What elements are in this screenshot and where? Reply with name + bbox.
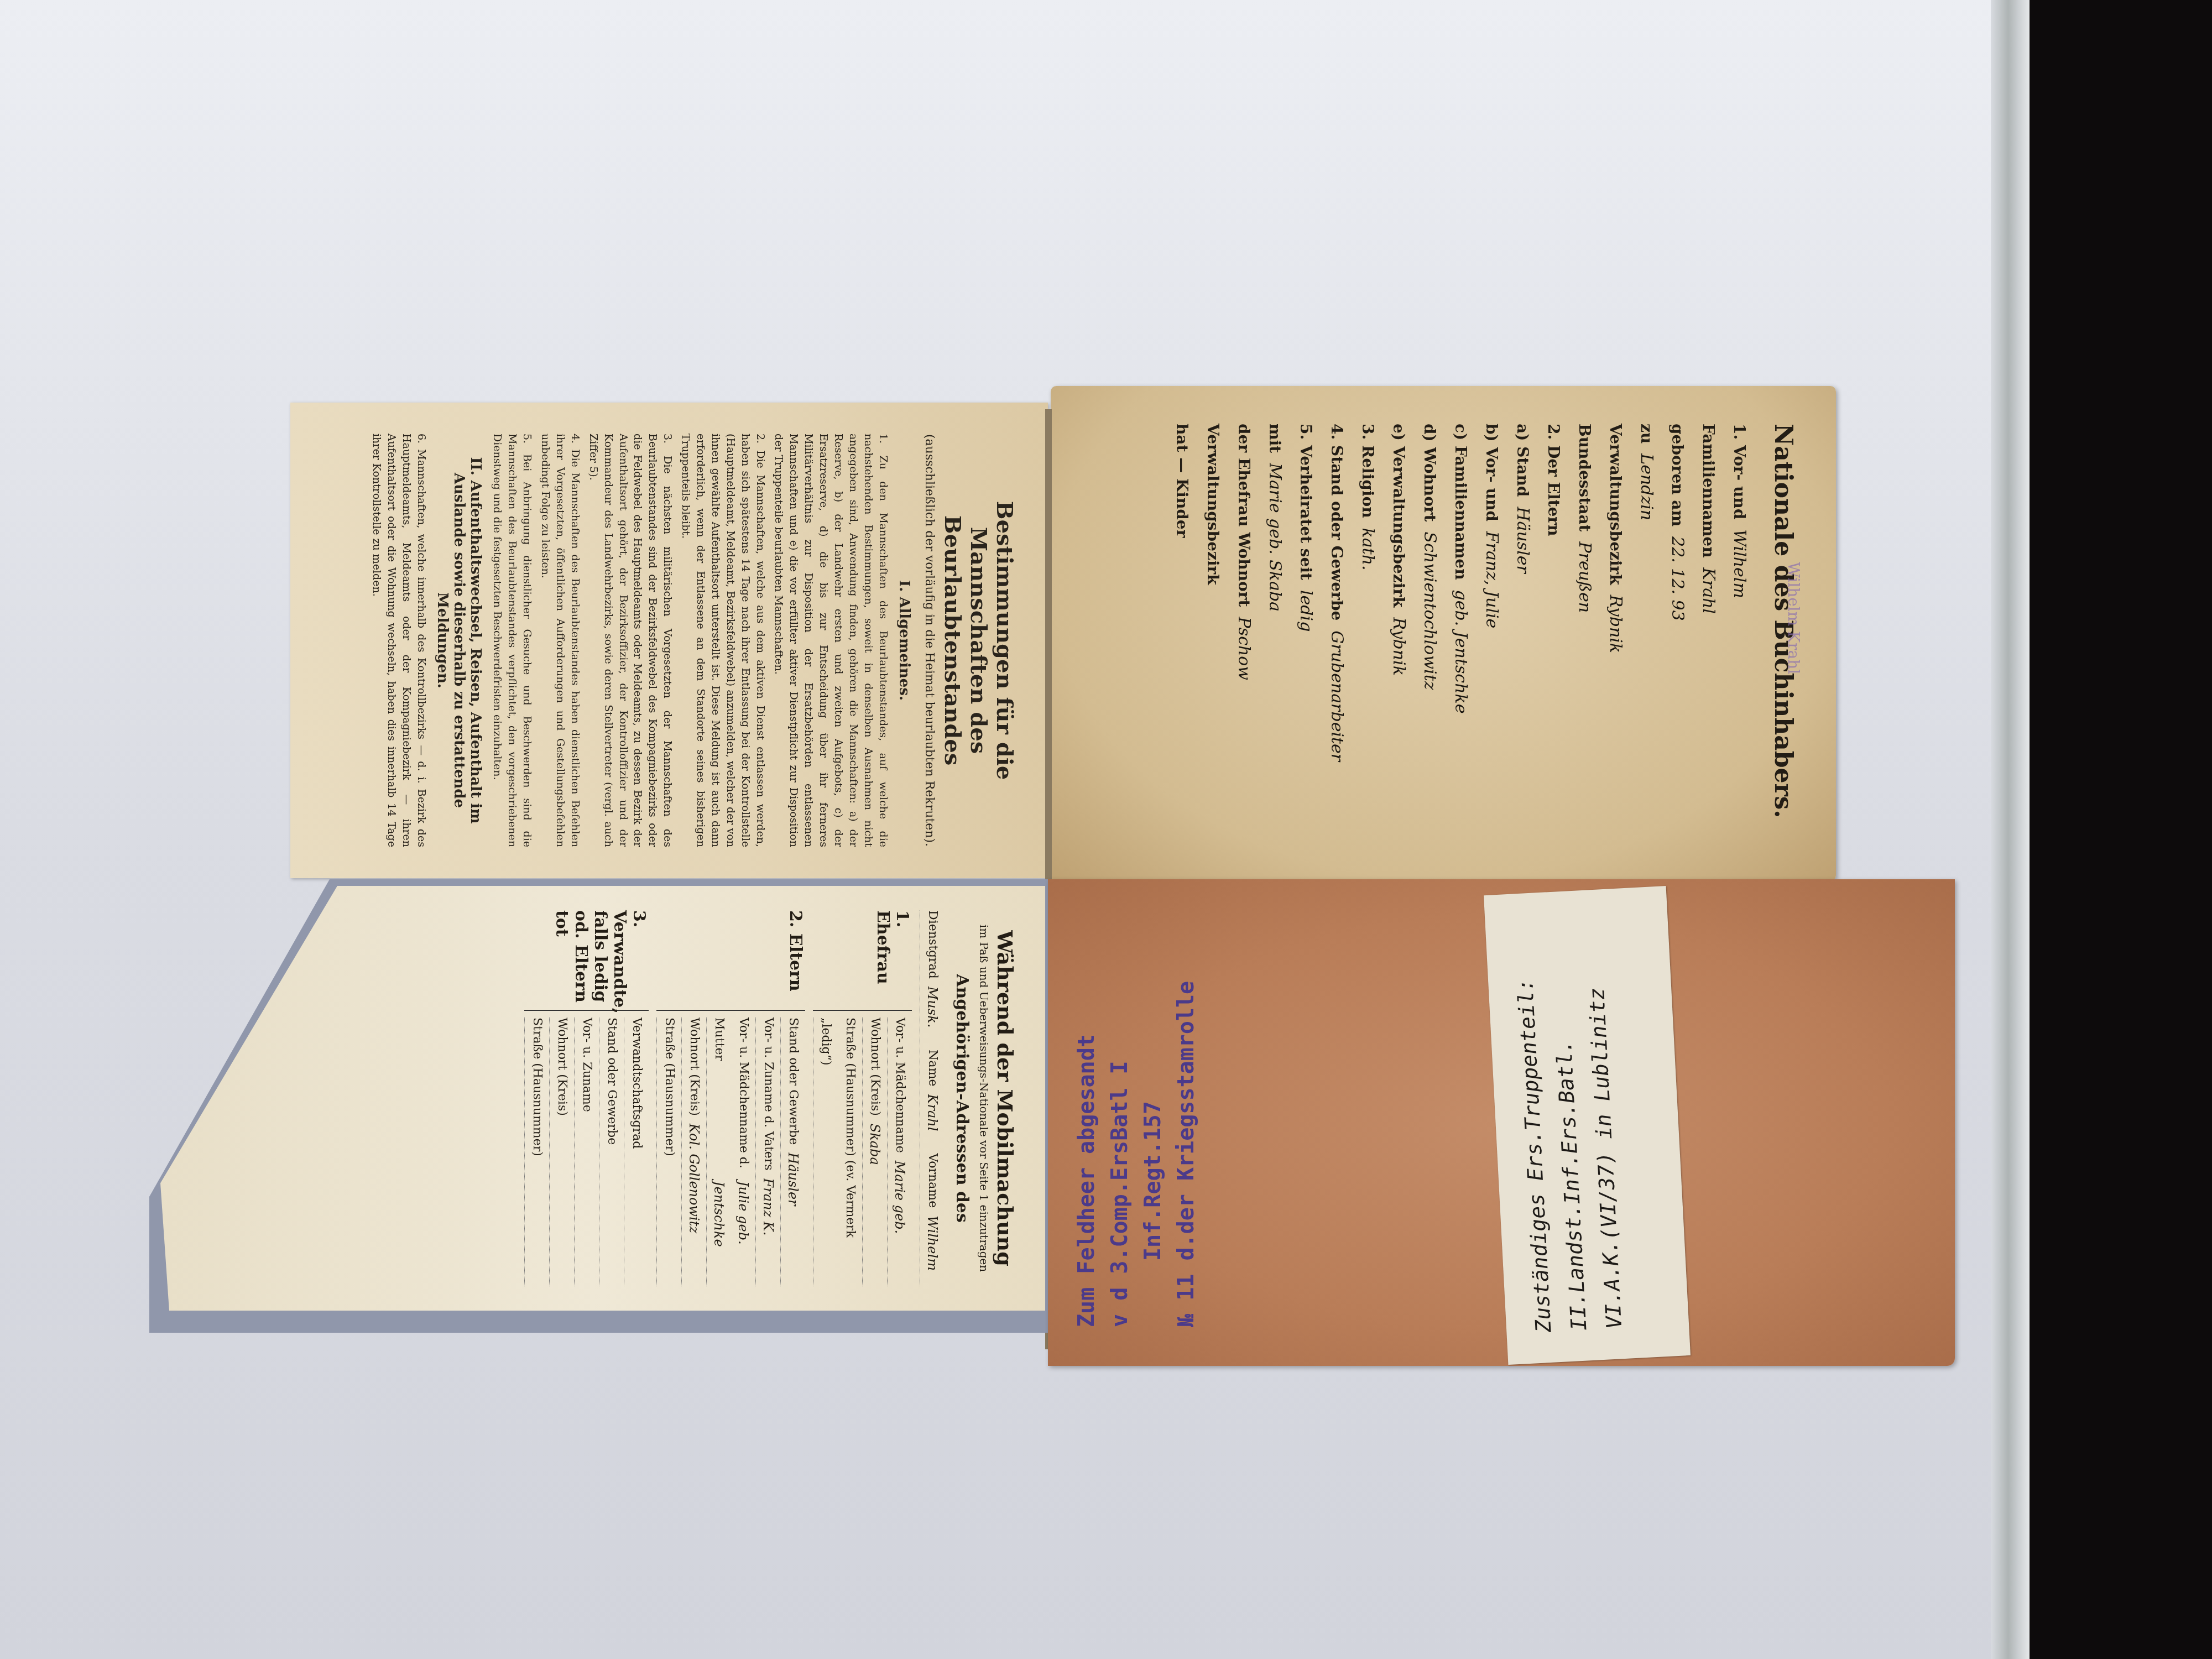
field-value: kath. bbox=[1352, 528, 1383, 843]
form-field-label: Vor- u. Mädchenname d. Mutter bbox=[707, 1018, 755, 1173]
form-field-label: Straße (Hausnummer) bbox=[657, 1018, 681, 1156]
field-label: 4. Stand oder Gewerbe bbox=[1321, 424, 1352, 620]
header-field-value: Wilhelm bbox=[920, 1215, 945, 1271]
field-label: b) Vor- und bbox=[1476, 424, 1507, 521]
regulations-section-1: I. Allgemeines. bbox=[896, 434, 912, 847]
header-field-value: Musk. bbox=[920, 987, 945, 1028]
form-field: Straße (Hausnummer) bbox=[524, 1018, 549, 1286]
field-value: Rybnik bbox=[1383, 617, 1414, 844]
regulations-paragraph: 6. Mannschaften, welche innerhalb des Ko… bbox=[369, 434, 429, 847]
form-field: Vor- u. Zuname bbox=[574, 1018, 599, 1286]
group-eltern: 2. Eltern Stand oder GewerbeHäusler Vor-… bbox=[656, 910, 805, 1286]
header-field-label: Vorname bbox=[920, 1153, 945, 1208]
field-label: a) Stand bbox=[1507, 424, 1538, 497]
cover-page: Zum Feldheer abgesandt v d 3.Comp.ErsBat… bbox=[1048, 879, 1955, 1366]
field-value: Franz, Julie bbox=[1476, 531, 1507, 843]
field-row: a) StandHäusler bbox=[1507, 424, 1538, 844]
pasted-label: Zuständiges Ers.Truppenteil: II.Landst.I… bbox=[1484, 886, 1691, 1365]
form-field: Straße (Hausnummer) bbox=[656, 1018, 681, 1286]
field-value: Marie geb. Skaba bbox=[1259, 463, 1290, 844]
form-field-label: Stand oder Gewerbe bbox=[781, 1018, 805, 1145]
field-row: VerwaltungsbezirkRybnik bbox=[1600, 424, 1631, 844]
form-field-label: Stand oder Gewerbe bbox=[599, 1018, 624, 1145]
dark-edge bbox=[2030, 0, 2212, 1659]
form-field-value: Franz K. bbox=[756, 1178, 780, 1236]
purple-stamp: Wilhelm Krahl bbox=[1785, 562, 1803, 674]
regulations-paragraph: 3. Die nächsten militärischen Vorgesetzt… bbox=[586, 434, 675, 847]
shelf-rail bbox=[1991, 0, 2030, 1659]
stamp-line: Zum Feldheer abgesandt bbox=[1070, 901, 1103, 1327]
stamp-line: v d 3.Comp.ErsBatl I bbox=[1103, 901, 1136, 1327]
regulations-page: Bestimmungen für die Mannschaften des Be… bbox=[290, 403, 1048, 878]
form-field-value: Häusler bbox=[781, 1152, 805, 1206]
field-label: Familiennamen bbox=[1693, 424, 1724, 558]
field-value: Grubenarbeiter bbox=[1321, 630, 1352, 844]
regulations-paragraph: 1. Zu den Mannschaften des Beurlaubtenst… bbox=[771, 434, 890, 847]
mobilization-subtitle: im Paß und Ueberweisungs-Nationale vor S… bbox=[977, 910, 990, 1286]
form-field-label: Wohnort (Kreis) bbox=[550, 1018, 574, 1116]
form-field-label: Vor- u. Zuname d. Vaters bbox=[756, 1018, 780, 1171]
form-field-value: Skaba bbox=[863, 1124, 887, 1165]
field-row: 2. Der Eltern bbox=[1538, 424, 1569, 844]
field-row: d) WohnortSchwientochlowitz bbox=[1414, 424, 1445, 844]
form-field: Wohnort (Kreis)Skaba bbox=[862, 1018, 887, 1286]
field-value: Wilhelm bbox=[1724, 529, 1755, 844]
regulations-paragraph: 4. Die Mannschaften des Beurlaubtenstand… bbox=[538, 434, 582, 847]
nationale-page: Wilhelm Krahl Nationale des Buchinhabers… bbox=[1051, 386, 1836, 881]
form-field: Stand oder Gewerbe bbox=[599, 1018, 624, 1286]
form-field: Vor- u. MädchennameMarie geb. bbox=[887, 1018, 912, 1286]
field-value: Schwientochlowitz bbox=[1414, 531, 1445, 844]
regulations-paragraph: 5. Bei Anbringung dienstlicher Gesuche u… bbox=[489, 434, 534, 847]
form-field-label: Straße (Hausnummer) (ev. Vermerk „ledig“… bbox=[813, 1018, 862, 1279]
form-field: Vor- u. Mädchenname d. MutterJulie geb. … bbox=[706, 1018, 755, 1286]
field-label: der Ehefrau Wohnort bbox=[1228, 424, 1259, 607]
form-field-label: Vor- u. Mädchenname bbox=[888, 1018, 912, 1153]
header-field-value: Krahl bbox=[920, 1094, 945, 1131]
field-label: Bundesstaat bbox=[1569, 424, 1600, 531]
form-field: Vor- u. Zuname d. VatersFranz K. bbox=[755, 1018, 780, 1286]
field-label: Verwaltungsbezirk bbox=[1197, 424, 1228, 585]
field-row: BundesstaatPreußen bbox=[1569, 424, 1600, 844]
field-row: 3. Religionkath. bbox=[1352, 424, 1383, 844]
field-label: geboren am bbox=[1662, 424, 1693, 526]
field-row: 4. Stand oder GewerbeGrubenarbeiter bbox=[1321, 424, 1352, 844]
group-label: 3. Verwandte, falls ledig od. Eltern tot bbox=[524, 910, 649, 1011]
group-label: 2. Eltern bbox=[656, 910, 805, 1011]
form-field: Verwandtschaftsgrad bbox=[624, 1018, 649, 1286]
field-label: zu bbox=[1631, 424, 1662, 444]
field-value: Krahl bbox=[1693, 567, 1724, 844]
field-label: 2. Der Eltern bbox=[1538, 424, 1569, 536]
form-field-label: Vor- u. Zuname bbox=[575, 1018, 599, 1112]
header-field: Dienstgrad Musk. Name Krahl Vorname Wilh… bbox=[920, 910, 945, 1286]
field-row: Verwaltungsbezirk bbox=[1197, 424, 1228, 844]
field-row: b) Vor- undFranz, Julie bbox=[1476, 424, 1507, 844]
field-value: geb. Jentschke bbox=[1445, 589, 1476, 843]
field-value: Preußen bbox=[1569, 541, 1600, 844]
stamp-line: № 11 d.der Kriegsstamrolle bbox=[1170, 901, 1203, 1327]
field-label: hat — Kinder bbox=[1166, 424, 1197, 538]
field-row: e) VerwaltungsbezirkRybnik bbox=[1383, 424, 1414, 844]
field-label: d) Wohnort bbox=[1414, 424, 1445, 522]
form-field-value: Julie geb. Jentschke bbox=[707, 1181, 755, 1286]
field-label: 1. Vor- und bbox=[1724, 424, 1755, 519]
field-label: c) Familiennamen bbox=[1445, 424, 1476, 580]
form-field-label: Verwandtschaftsgrad bbox=[624, 1018, 649, 1149]
field-value: 22. 12. 93 bbox=[1662, 536, 1693, 844]
form-paper: Während der Mobilmachung im Paß und Uebe… bbox=[160, 886, 1045, 1311]
field-row: mitMarie geb. Skaba bbox=[1259, 424, 1290, 844]
field-row: der Ehefrau WohnortPschow bbox=[1228, 424, 1259, 844]
mobilization-heading: Angehörigen-Adressen des bbox=[952, 910, 972, 1286]
form-field-value: Marie geb. bbox=[888, 1161, 912, 1234]
field-label: mit bbox=[1259, 424, 1290, 453]
form-field: Wohnort (Kreis) bbox=[549, 1018, 574, 1286]
field-row: 1. Vor- undWilhelm bbox=[1724, 424, 1755, 844]
field-label: 5. Verheiratet seit bbox=[1290, 424, 1321, 580]
purple-cover-stamp: Zum Feldheer abgesandt v d 3.Comp.ErsBat… bbox=[1070, 901, 1203, 1327]
stamp-line: Inf.Regt.157 bbox=[1136, 901, 1170, 1327]
field-row: FamiliennamenKrahl bbox=[1693, 424, 1724, 844]
form-field: Stand oder GewerbeHäusler bbox=[780, 1018, 805, 1286]
field-label: 3. Religion bbox=[1352, 424, 1383, 518]
header-field-label: Name bbox=[920, 1050, 945, 1086]
field-label: e) Verwaltungsbezirk bbox=[1383, 424, 1414, 608]
regulations-paragraph: 2. Die Mannschaften, welche aus dem akti… bbox=[678, 434, 768, 847]
regulations-subtitle: (ausschließlich der vorläufig in die Hei… bbox=[922, 434, 936, 847]
header-field-label: Dienstgrad bbox=[920, 910, 945, 979]
form-field: Wohnort (Kreis)Kol. Gollenowitz bbox=[681, 1018, 706, 1286]
regulations-title: Bestimmungen für die Mannschaften des Be… bbox=[940, 434, 1018, 847]
field-value: Häusler bbox=[1507, 507, 1538, 844]
field-row: zuLendzin bbox=[1631, 424, 1662, 844]
field-row: 5. Verheiratet seitledig bbox=[1290, 424, 1321, 844]
field-value: Pschow bbox=[1228, 617, 1259, 844]
field-value: ledig bbox=[1290, 589, 1321, 843]
group-ehefrau: 1. Ehefrau Vor- u. MädchennameMarie geb.… bbox=[813, 910, 912, 1286]
field-row: geboren am22. 12. 93 bbox=[1662, 424, 1693, 844]
form-field-label: Straße (Hausnummer) bbox=[525, 1018, 549, 1156]
group-verwandte: 3. Verwandte, falls ledig od. Eltern tot… bbox=[524, 910, 649, 1286]
mobilization-title: Während der Mobilmachung bbox=[993, 910, 1018, 1286]
field-value: Lendzin bbox=[1631, 453, 1662, 844]
field-row: hat — Kinder bbox=[1166, 424, 1197, 844]
field-value: Rybnik bbox=[1600, 594, 1631, 843]
form-field-label: Wohnort (Kreis) bbox=[682, 1018, 706, 1116]
form-field-value: Kol. Gollenowitz bbox=[682, 1124, 706, 1233]
group-label: 1. Ehefrau bbox=[813, 910, 912, 1011]
field-label: Verwaltungsbezirk bbox=[1600, 424, 1631, 585]
field-row: c) Familiennamengeb. Jentschke bbox=[1445, 424, 1476, 844]
regulations-section-2: II. Aufenthaltswechsel, Reisen, Aufentha… bbox=[434, 434, 484, 847]
form-field: Straße (Hausnummer) (ev. Vermerk „ledig“… bbox=[813, 1018, 862, 1286]
form-field-label: Wohnort (Kreis) bbox=[863, 1018, 887, 1116]
